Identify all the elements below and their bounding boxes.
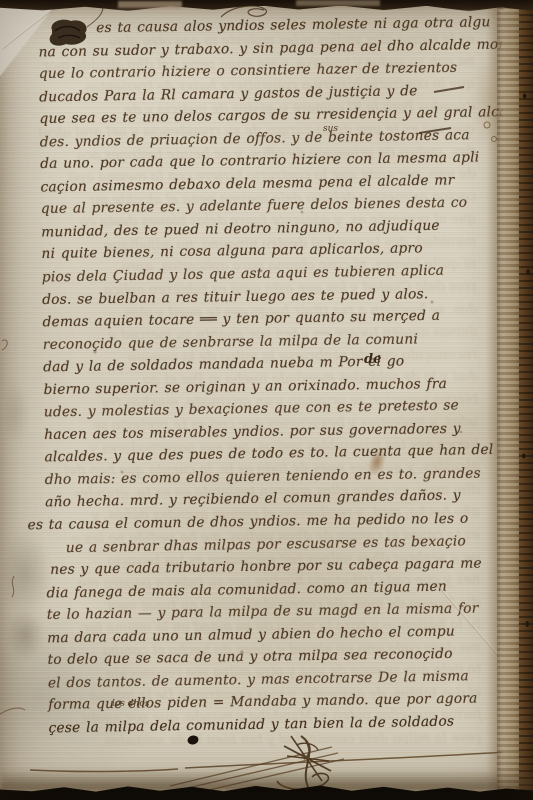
text-block: es ta causa alos yndios seles moleste ni… <box>38 11 495 739</box>
book-fore-edge <box>497 0 520 800</box>
bottom-edge-shadow <box>0 770 533 790</box>
top-edge-paper-patch <box>118 1 182 8</box>
top-edge-paper-patch <box>296 0 380 6</box>
book-binding <box>519 0 533 800</box>
manuscript-photo: es ta causa alos yndios seles moleste ni… <box>0 0 533 800</box>
